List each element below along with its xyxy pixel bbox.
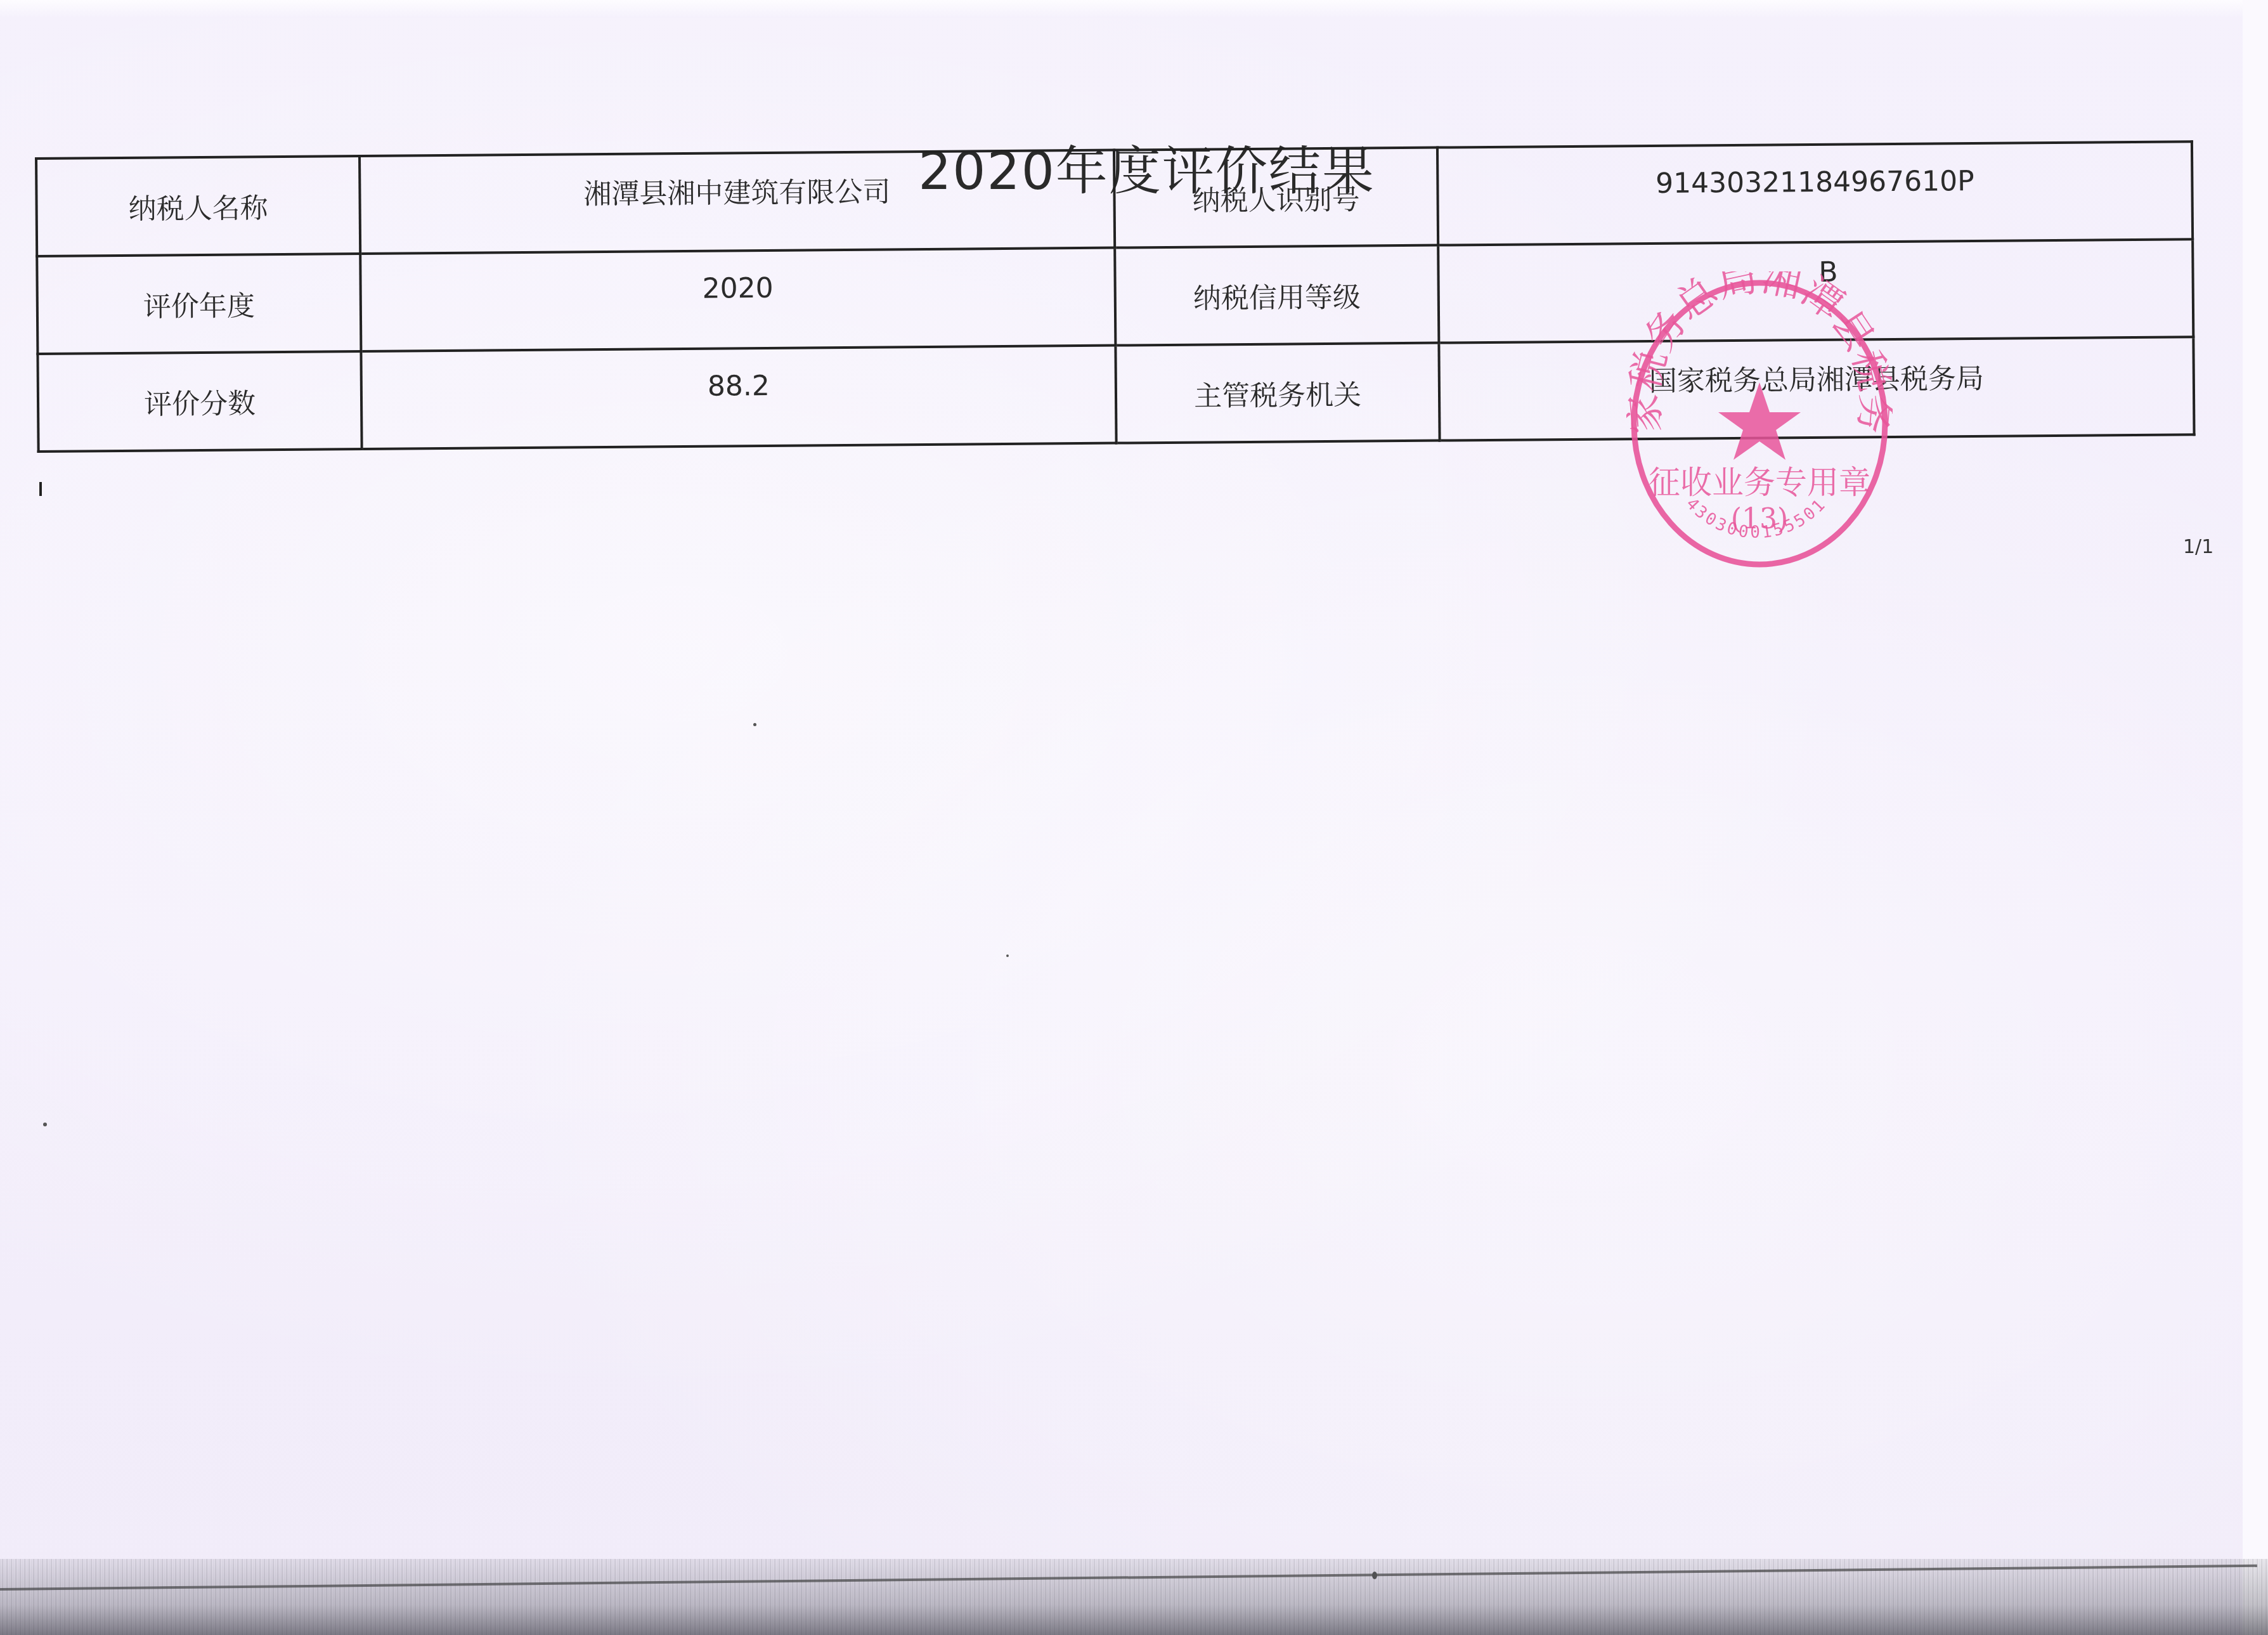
value-taxpayer-name: 湘潭县湘中建筑有限公司	[360, 150, 1115, 254]
page-indicator: 1/1	[2183, 536, 2213, 558]
value-evaluation-score-text: 88.2	[708, 369, 770, 402]
value-taxpayer-id: 91430321184967610P	[1437, 141, 2193, 245]
label-tax-authority: 主管税务机关	[1115, 343, 1439, 443]
scan-speck	[1006, 954, 1009, 957]
label-taxpayer-id-text: 纳税人识别号	[1192, 177, 1359, 219]
value-evaluation-year: 2020	[360, 248, 1115, 351]
scan-speck	[43, 1123, 47, 1126]
scan-right-margin	[2243, 0, 2268, 1635]
label-evaluation-year-text: 评价年度	[143, 283, 255, 324]
scan-bottom-noise	[0, 1559, 2268, 1635]
label-evaluation-score: 评价分数	[37, 351, 361, 452]
value-evaluation-score: 88.2	[361, 346, 1116, 449]
label-tax-authority-text: 主管税务机关	[1194, 372, 1361, 414]
evaluation-result-table-wrapper: 纳税人名称 湘潭县湘中建筑有限公司 纳税人识别号 914303211849676…	[35, 140, 2193, 453]
evaluation-result-table: 纳税人名称 湘潭县湘中建筑有限公司 纳税人识别号 914303211849676…	[35, 140, 2196, 453]
table-row-taxpayer-name: 纳税人名称 湘潭县湘中建筑有限公司 纳税人识别号 914303211849676…	[36, 141, 2193, 256]
scan-speck	[753, 723, 756, 726]
value-taxpayer-name-text: 湘潭县湘中建筑有限公司	[583, 169, 890, 212]
value-taxpayer-id-text: 91430321184967610P	[1656, 164, 1974, 199]
label-evaluation-year: 评价年度	[37, 254, 361, 354]
label-evaluation-score-text: 评价分数	[144, 381, 256, 422]
label-credit-grade-text: 纳税信用等级	[1193, 275, 1361, 316]
table-line-stub	[39, 482, 42, 496]
value-tax-authority-text: 国家税务总局湘潭县税务局	[1649, 356, 1984, 399]
table-row-evaluation-score: 评价分数 88.2 主管税务机关 国家税务总局湘潭县税务局	[37, 337, 2194, 452]
label-credit-grade: 纳税信用等级	[1115, 245, 1439, 346]
label-taxpayer-name: 纳税人名称	[36, 156, 360, 256]
table-row-evaluation-year: 评价年度 2020 纳税信用等级 B	[37, 239, 2193, 354]
label-taxpayer-id: 纳税人识别号	[1114, 148, 1438, 248]
value-tax-authority: 国家税务总局湘潭县税务局	[1439, 337, 2194, 440]
scan-top-edge	[0, 0, 2268, 18]
value-credit-grade-text: B	[1818, 256, 1838, 288]
value-evaluation-year-text: 2020	[702, 271, 773, 304]
label-taxpayer-name-text: 纳税人名称	[128, 185, 268, 227]
value-credit-grade: B	[1438, 239, 2193, 342]
